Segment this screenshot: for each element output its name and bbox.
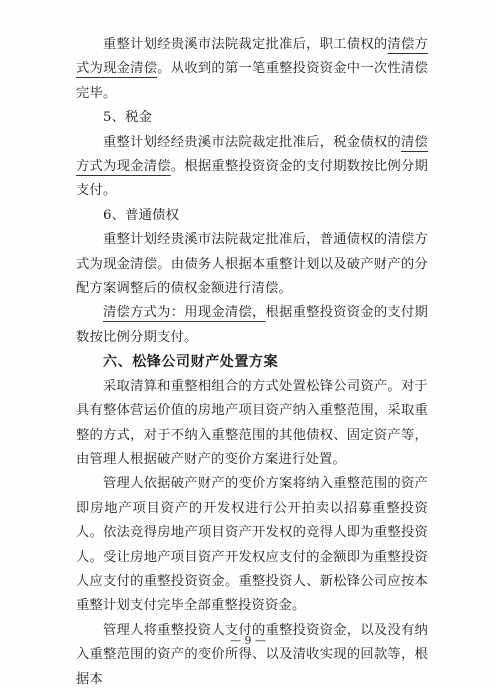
paragraph-text: 重整计划经贵溪市法院裁定批准后，普通债权的清偿方式为现金清偿。由债务人根据本重整…: [76, 232, 428, 296]
body-paragraph: 重整计划经贵溪市法院裁定批准后，职工债权的清偿方式为现金清偿。从收到的第一笔重整…: [76, 33, 428, 106]
body-paragraph: 重整计划经贵溪市法院裁定批准后，普通债权的清偿方式为现金清偿。由债务人根据本重整…: [76, 228, 428, 301]
body-paragraph: 重整计划经经贵溪市法院裁定批准后，税金债权的清偿方式为现金清偿。根据重整投资资金…: [76, 131, 428, 204]
subsection-heading: 5、税金: [76, 106, 428, 130]
document-body: 重整计划经贵溪市法院裁定批准后，职工债权的清偿方式为现金清偿。从收到的第一笔重整…: [76, 33, 428, 688]
body-paragraph: 管理人依据破产财产的变价方案将纳入重整范围的资产即房地产项目资产的开发权进行公开…: [76, 472, 428, 618]
paragraph-text: 管理人将重整投资人支付的重整投资资金，以及没有纳入重整范围的资产的变价所得、以及…: [76, 623, 428, 687]
paragraph-text: 重整计划经经贵溪市法院裁定批准后，税金债权的: [103, 135, 401, 150]
underlined-text: 清偿方式为：用现金清偿，: [103, 305, 266, 320]
paragraph-text: 管理人依据破产财产的变价方案将纳入重整范围的资产即房地产项目资产的开发权进行公开…: [76, 476, 428, 613]
body-paragraph: 管理人将重整投资人支付的重整投资资金，以及没有纳入重整范围的资产的变价所得、以及…: [76, 619, 428, 688]
paragraph-text: 重整计划经贵溪市法院裁定批准后，职工债权的: [103, 37, 387, 52]
section-heading: 六、松锋公司财产处置方案: [76, 350, 428, 374]
subsection-heading: 6、普通债权: [76, 204, 428, 228]
paragraph-text: 采取清算和重整相组合的方式处置松锋公司资产。对于具有整体营运价值的房地产项目资产…: [76, 379, 428, 467]
page-number: — 9 —: [0, 634, 496, 647]
body-paragraph: 采取清算和重整相组合的方式处置松锋公司资产。对于具有整体营运价值的房地产项目资产…: [76, 375, 428, 473]
body-paragraph: 清偿方式为：用现金清偿，根据重整投资资金的支付期数按比例分期支付。: [76, 301, 428, 350]
document-page: 重整计划经贵溪市法院裁定批准后，职工债权的清偿方式为现金清偿。从收到的第一笔重整…: [0, 0, 496, 688]
